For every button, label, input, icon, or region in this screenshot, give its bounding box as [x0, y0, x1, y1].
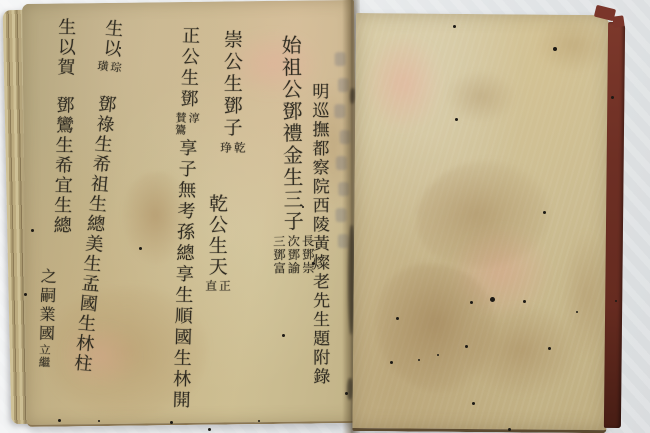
- photo-of-open-genealogy-manuscript: 明巡撫都察院西陵黃燦老先生題附錄始祖公鄧禮金生三子長鄧崇次鄧諭三鄧富崇公生鄧子乾…: [0, 0, 650, 433]
- handwritten-text-block: 明巡撫都察院西陵黃燦老先生題附錄始祖公鄧禮金生三子長鄧崇次鄧諭三鄧富崇公生鄧子乾…: [22, 0, 354, 4]
- ink-speck: [543, 211, 546, 214]
- column-text: 享子無考孫總享生順國生林開: [169, 138, 197, 411]
- heir-note-column: 之嗣業國立繼: [36, 267, 55, 369]
- ink-speck: [282, 334, 285, 337]
- ink-speck: [345, 392, 348, 395]
- water-stain: [373, 263, 499, 394]
- ink-speck: [465, 345, 468, 348]
- column-text: 乾公生天: [206, 194, 228, 278]
- water-stain: [443, 69, 518, 125]
- ink-speck: [611, 96, 614, 99]
- water-stain: [533, 15, 614, 76]
- interlinear-annotation: 淳賛鷟: [173, 112, 200, 137]
- ink-speck: [437, 354, 439, 356]
- annotation-subcolumn: 長鄧崇: [301, 234, 314, 274]
- column-text: 始祖公鄧禮金生三子: [278, 35, 304, 233]
- pink-tint: [363, 33, 444, 134]
- ink-speck: [139, 247, 142, 250]
- annotation-subcolumn: 賛鷟: [174, 112, 186, 137]
- ink-speck: [208, 428, 211, 431]
- faded-ink-bleedthrough: [22, 0, 354, 4]
- ink-speck: [523, 300, 526, 303]
- chong-line-column: 崇公生鄧子乾琤: [218, 29, 246, 162]
- annotation-subcolumn: 直: [204, 280, 216, 293]
- annotation-subcolumn: 淳: [188, 112, 199, 124]
- pink-tint: [448, 224, 554, 320]
- column-text: 立繼: [37, 343, 52, 368]
- column-text: 生以賀: [54, 17, 76, 77]
- interlinear-annotation: 正直: [203, 280, 231, 299]
- interlinear-annotation: 琮璜: [95, 59, 123, 79]
- ink-speck: [170, 421, 173, 424]
- ink-speck: [258, 420, 260, 422]
- ink-speck: [24, 293, 27, 296]
- ink-speck: [470, 301, 473, 304]
- ink-speck: [490, 297, 495, 302]
- ink-speck: [390, 361, 393, 364]
- column-text: 生以: [100, 18, 125, 60]
- ink-speck: [119, 47, 121, 49]
- column-text: 正公生鄧: [177, 26, 200, 111]
- annotation-subcolumn: 乾: [232, 141, 244, 154]
- column-gap: [63, 77, 64, 95]
- right-page: [352, 13, 610, 433]
- red-cover-edge: [604, 22, 625, 428]
- annotation-subcolumn: 璜: [96, 60, 108, 73]
- column-text: 鄧鸞生希宜生總: [51, 95, 75, 235]
- column-gap: [106, 81, 108, 95]
- column-text: 鄧祿生希祖生總美生孟國生林柱: [71, 94, 118, 375]
- water-stain: [416, 159, 552, 270]
- ink-speck: [396, 317, 399, 320]
- zheng-line-column: 正公生鄧淳賛鷟享子無考孫總享生順國生林開: [166, 26, 202, 412]
- ink-speck: [553, 47, 557, 51]
- annotation-subcolumn: 次鄧諭: [286, 235, 299, 275]
- water-stain: [461, 302, 582, 398]
- lu-line-column: 生以琮璜鄧祿生希祖生總美生孟國生林柱: [67, 18, 126, 375]
- column-text: 崇公生鄧子: [221, 29, 244, 139]
- left-page: 明巡撫都察院西陵黃燦老先生題附錄始祖公鄧禮金生三子長鄧崇次鄧諭三鄧富崇公生鄧子乾…: [22, 0, 359, 427]
- ink-speck: [58, 419, 61, 422]
- annotation-subcolumn: 三鄧富: [272, 235, 285, 275]
- annotation-subcolumn: 琤: [219, 141, 231, 154]
- ink-speck: [548, 347, 551, 350]
- red-cover-corner: [612, 15, 624, 27]
- ink-speck: [576, 311, 578, 313]
- ink-speck: [508, 428, 511, 431]
- luan-line-column: 生以賀鄧鸞生希宜生總: [51, 17, 74, 235]
- ink-speck: [312, 262, 315, 265]
- ink-speck: [418, 359, 420, 361]
- annotation-subcolumn: 正: [218, 280, 230, 293]
- annotation-subcolumn: 琮: [109, 61, 121, 74]
- column-text: 之嗣業國: [36, 267, 57, 344]
- ink-speck: [455, 118, 458, 121]
- first-ancestor-column: 始祖公鄧禮金生三子長鄧崇次鄧諭三鄧富: [268, 34, 314, 277]
- interlinear-annotation: 乾琤: [218, 141, 246, 160]
- ink-speck: [615, 300, 617, 302]
- ink-speck: [472, 402, 475, 405]
- qian-line-column: 乾公生天正直: [203, 194, 231, 301]
- ink-speck: [31, 229, 34, 232]
- ink-speck: [453, 25, 456, 28]
- interlinear-annotation: 長鄧崇次鄧諭三鄧富: [271, 234, 315, 275]
- ink-speck: [98, 420, 100, 422]
- ink-speck: [302, 206, 304, 208]
